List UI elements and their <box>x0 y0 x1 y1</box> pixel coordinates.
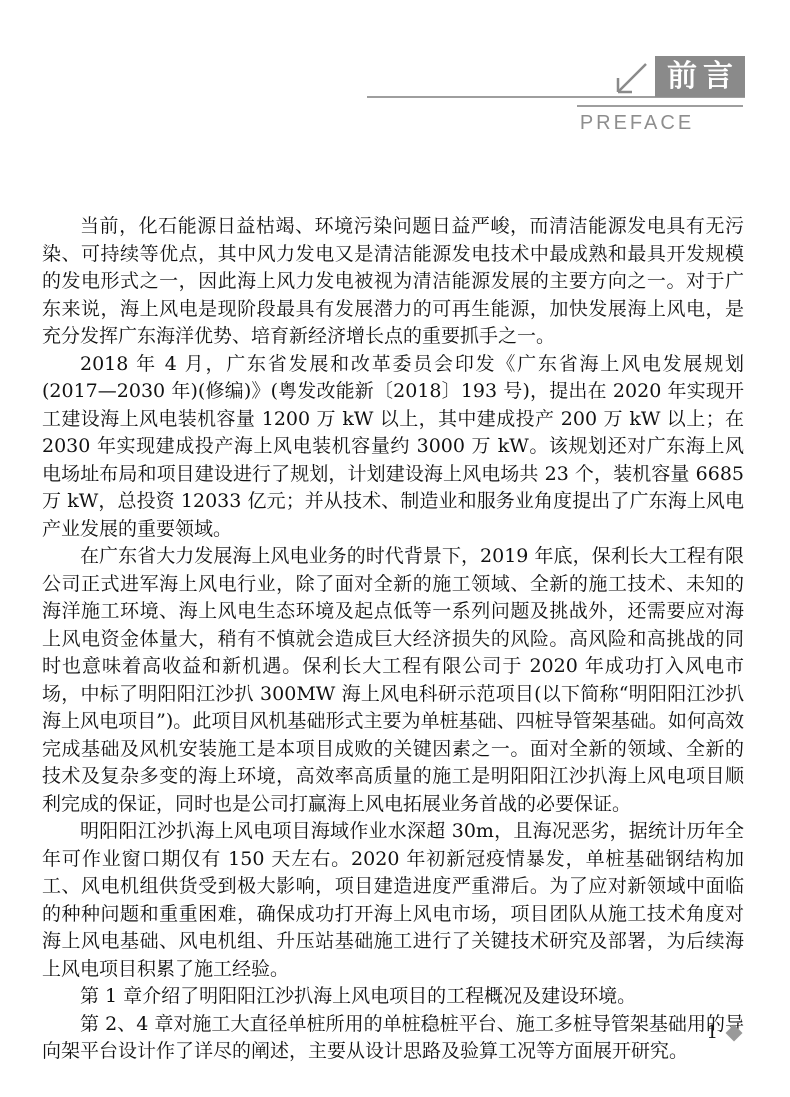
preface-paragraph: 第 2、4 章对施工大直径单桩所用的单桩稳桩平台、施工多桩导管架基础用的导向架平… <box>42 1011 744 1066</box>
header-rule-short <box>577 105 743 107</box>
down-left-arrow-icon <box>606 58 654 100</box>
page-footer: 1 <box>707 1023 740 1043</box>
preface-page: 前言 PREFACE 当前，化石能源日益枯竭、环境污染问题日益严峻，而清洁能源发… <box>0 0 790 1097</box>
preface-subtitle-en: PREFACE <box>552 110 722 137</box>
preface-paragraph: 在广东省大力发展海上风电业务的时代背景下，2019 年底，保利长大工程有限公司正… <box>42 543 744 818</box>
preface-title-box: 前言 <box>655 56 745 97</box>
preface-title-cn: 前言 <box>661 62 739 92</box>
preface-paragraph: 当前，化石能源日益枯竭、环境污染问题日益严峻，而清洁能源发电具有无污染、可持续等… <box>42 213 744 351</box>
diamond-icon <box>726 1025 743 1042</box>
preface-paragraph: 明阳阳江沙扒海上风电项目海域作业水深超 30m，且海况恶劣，据统计历年全年可作业… <box>42 818 744 983</box>
page-number: 1 <box>707 1023 718 1043</box>
preface-body: 当前，化石能源日益枯竭、环境污染问题日益严峻，而清洁能源发电具有无污染、可持续等… <box>42 213 744 1066</box>
preface-paragraph: 2018 年 4 月，广东省发展和改革委员会印发《广东省海上风电发展规划(201… <box>42 351 744 544</box>
preface-paragraph: 第 1 章介绍了明阳阳江沙扒海上风电项目的工程概况及建设环境。 <box>42 983 744 1011</box>
